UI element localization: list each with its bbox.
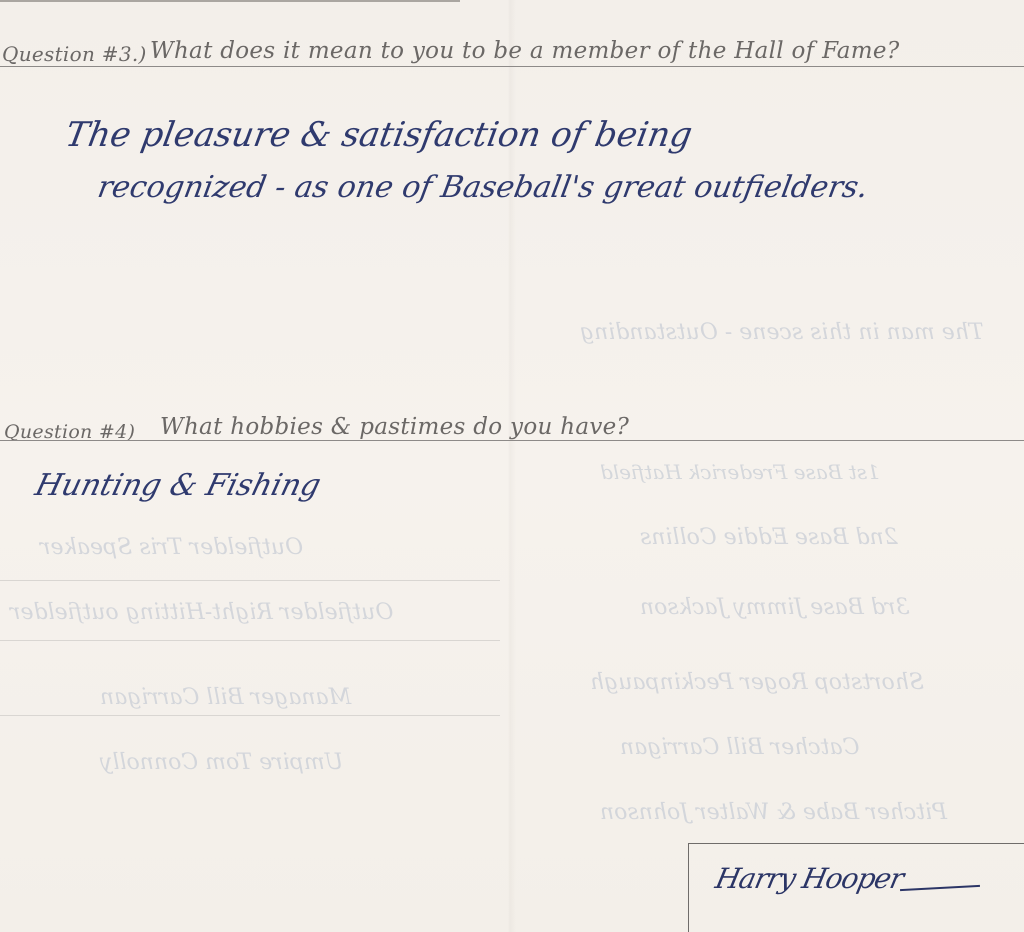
question-4-rule	[0, 440, 1024, 441]
question-3-answer-line-2: recognized - as one of Baseball's great …	[95, 170, 871, 205]
faint-rule	[0, 580, 500, 581]
bleed-through-line: The man in this scene - Outstanding	[580, 320, 984, 345]
question-3-text: What does it mean to you to be a member …	[150, 38, 899, 64]
bleed-through-line: 2nd Base Eddie Collins	[640, 525, 898, 550]
faint-rule	[0, 640, 500, 641]
faint-rule	[0, 715, 500, 716]
bleed-through-line: Outfielder Right-Hitting outfielder	[10, 600, 393, 625]
bleed-through-line: Umpire Tom Connolly	[100, 750, 343, 775]
question-3-answer-line-1: The pleasure & satisfaction of being	[62, 115, 695, 155]
bleed-through-line: Pitcher Babe & Walter Johnson	[600, 800, 947, 825]
question-3-label: Question #3.)	[2, 42, 147, 66]
bleed-through-line: Catcher Bill Carrigan	[620, 735, 859, 760]
bleed-through-line: 1st Base Frederick Hatfield	[600, 460, 880, 484]
bleed-through-line: Outfielder Tris Speaker	[40, 535, 303, 560]
signature: Harry Hooper	[712, 862, 906, 895]
paper-top-edge	[0, 0, 460, 2]
bleed-through-line: 3rd Base Jimmy Jackson	[640, 595, 909, 620]
question-4-text: What hobbies & pastimes do you have?	[160, 414, 629, 440]
question-4-answer: Hunting & Fishing	[32, 468, 325, 503]
question-3-rule	[0, 66, 1024, 67]
bleed-through-line: Manager Bill Carrigan	[100, 685, 351, 710]
bleed-through-line: Shortstop Roger Peckinpaugh	[590, 670, 924, 695]
